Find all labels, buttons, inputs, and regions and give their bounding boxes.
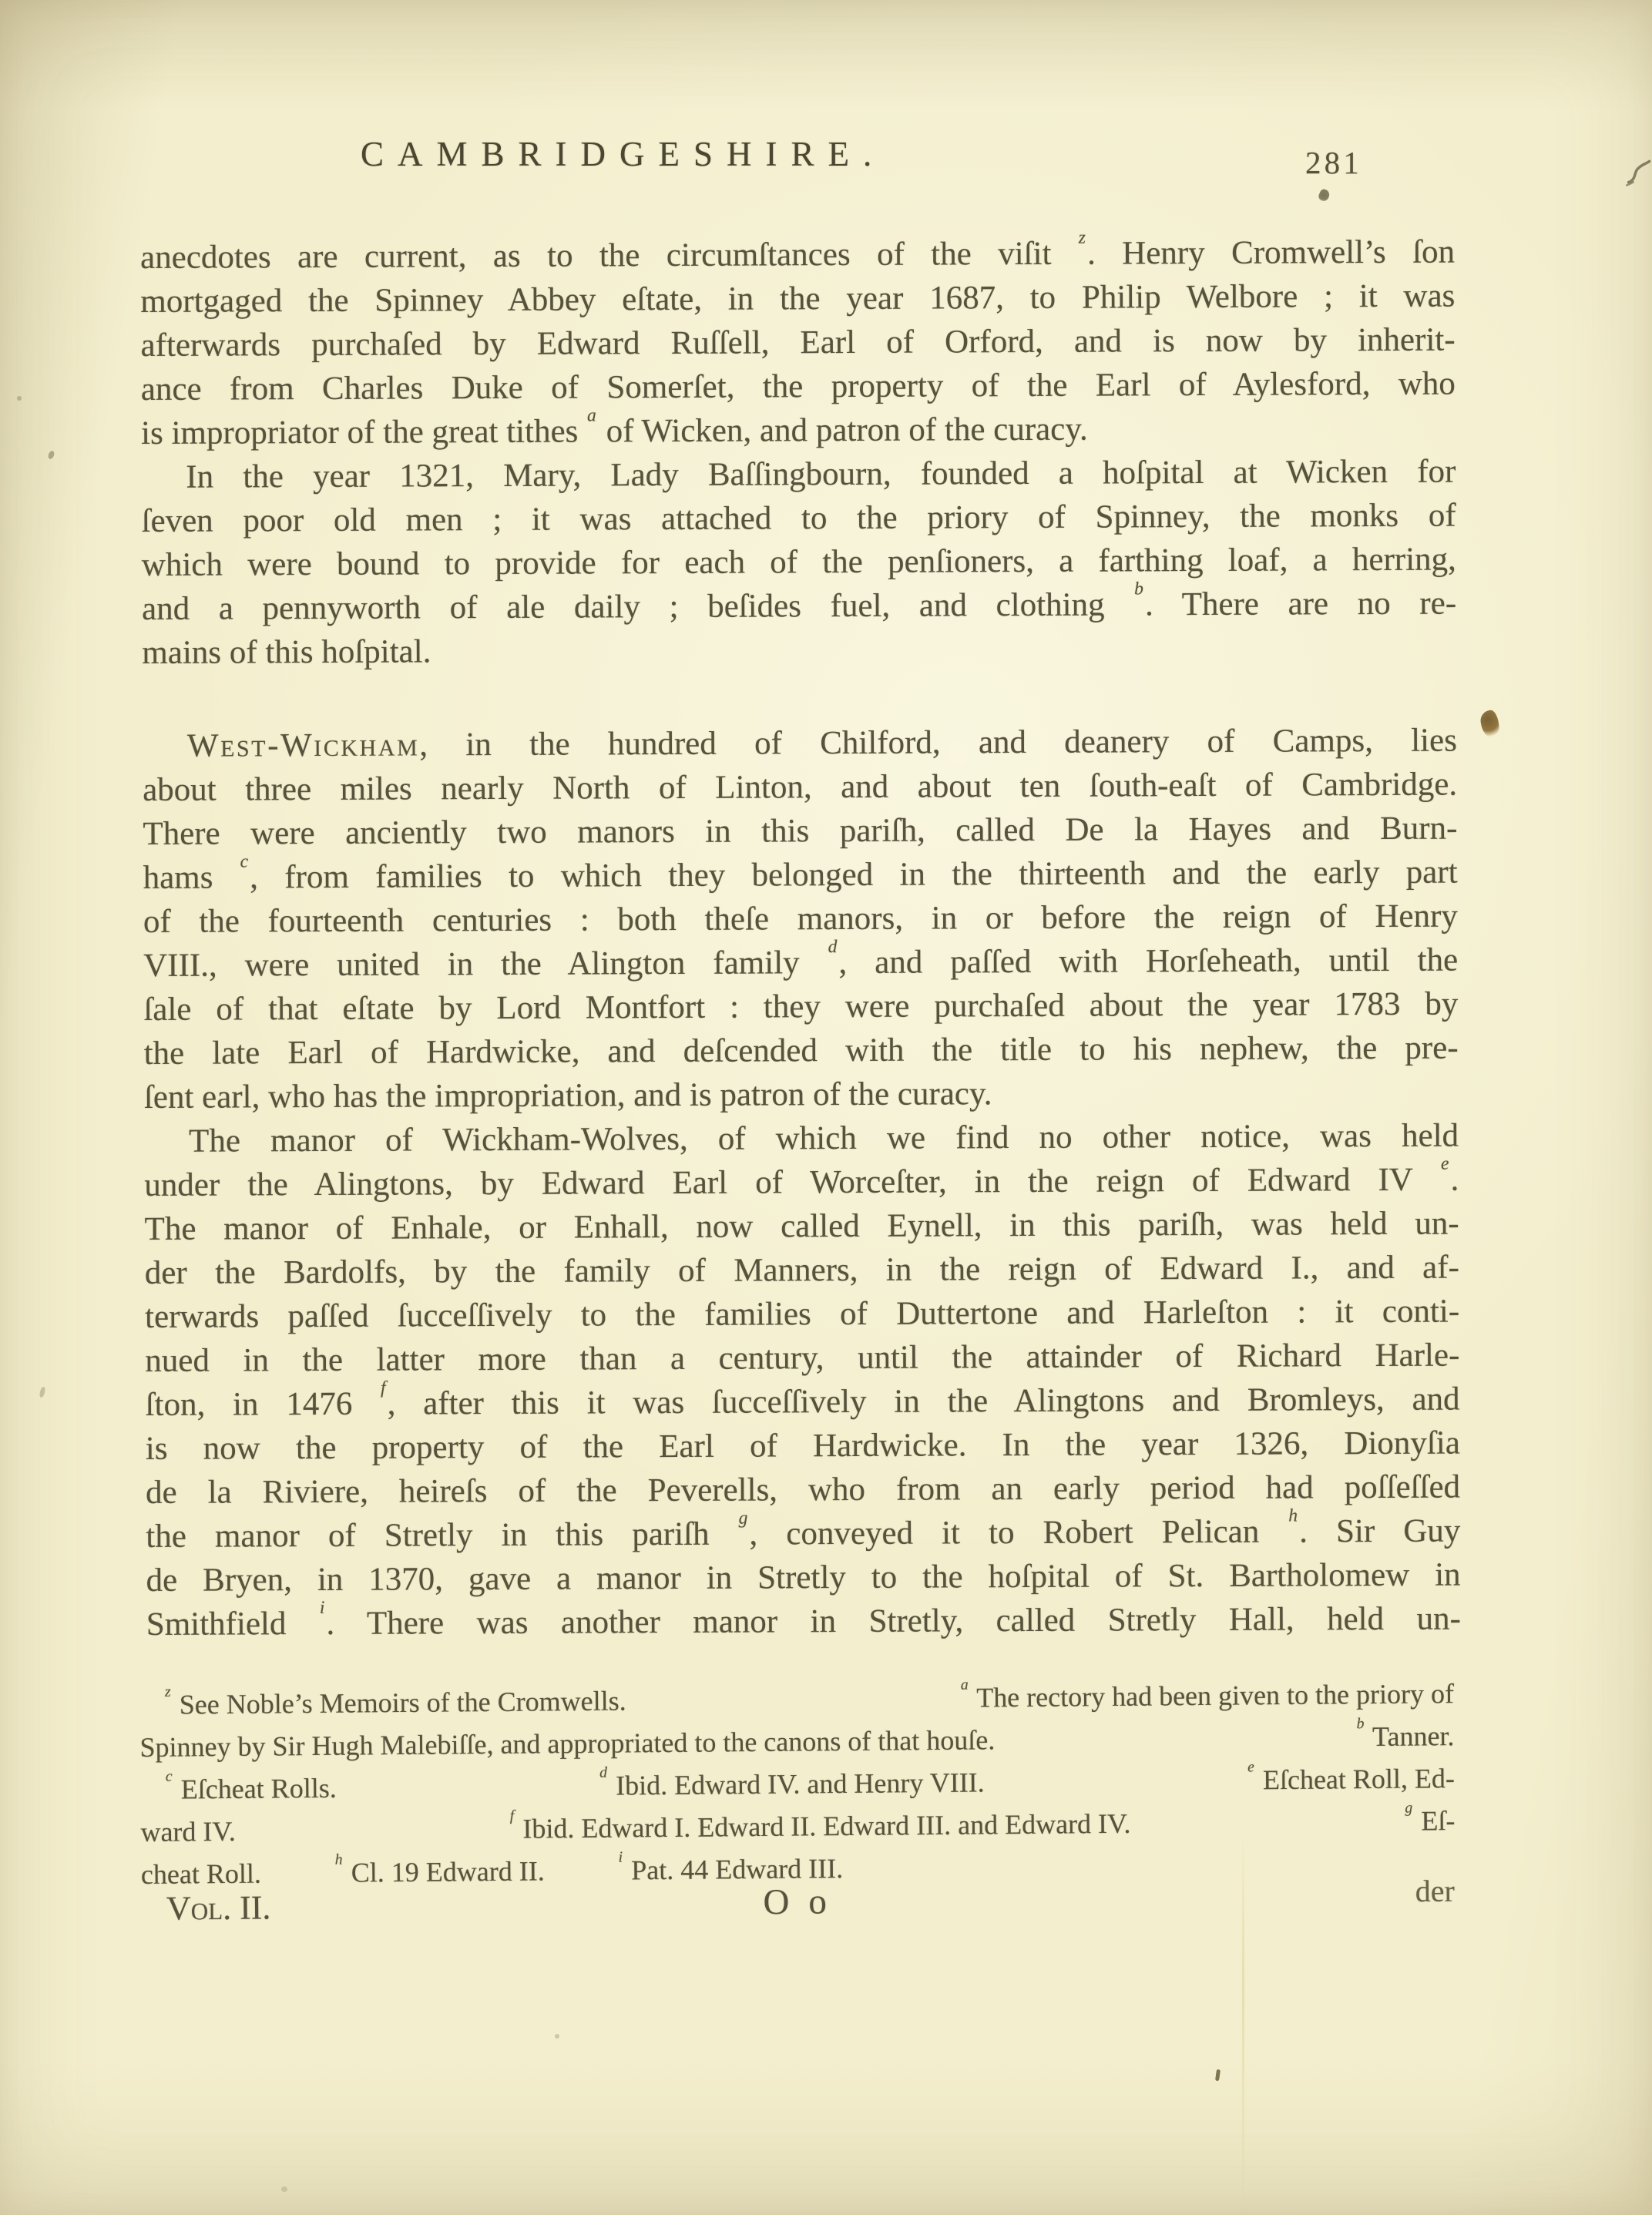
signature-mark: O o	[763, 1881, 831, 1923]
footnote-segment: a The rectory had been given to the prio…	[960, 1673, 1454, 1720]
volume-label: Vol. II.	[140, 1888, 271, 1928]
ink-speck-icon	[47, 450, 55, 460]
footnote-ref: f	[509, 1807, 516, 1824]
footnote-ref: h	[334, 1851, 344, 1868]
text-line: under the Alingtons, by Edward Earl of W…	[144, 1158, 1459, 1207]
section-lead: West-Wickham	[187, 727, 420, 764]
text-line: of the fourteenth centuries : both theſe…	[143, 894, 1458, 944]
footnote-ref: e	[1440, 1153, 1451, 1173]
text-line: and a pennyworth of ale daily ; beſides …	[142, 582, 1456, 631]
footnote-ref: f	[380, 1378, 388, 1398]
ink-speck-icon	[17, 396, 22, 401]
text-line: There were anciently two manors in this …	[143, 807, 1457, 856]
text-line: ſeven poor old men ; it was attached to …	[141, 494, 1456, 543]
footnote-ref: a	[960, 1676, 970, 1693]
footnote-segment: Spinney by Sir Hugh Malebiſſe, and appro…	[139, 1719, 995, 1769]
text-line: is impropriator of the great tithes a of…	[141, 406, 1456, 455]
running-title: CAMBRIDGESHIRE.	[361, 134, 885, 174]
text-line: the manor of Stretly in this pariſh g, c…	[146, 1509, 1460, 1559]
text-line: The manor of Wickham-Wolves, of which we…	[144, 1114, 1459, 1163]
text-line: nued in the latter more than a century, …	[145, 1334, 1459, 1383]
text-line: ſton, in 1476 f, after this it was ſucce…	[145, 1378, 1459, 1427]
text-line: which were bound to provide for each of …	[142, 538, 1456, 587]
text-line: West-Wickham, in the hundred of Chilford…	[143, 719, 1457, 768]
footnote-ref: z	[164, 1683, 173, 1700]
text-line: mains of this hoſpital.	[142, 626, 1456, 675]
ink-speck-icon	[39, 1386, 45, 1398]
text-line: de Bryen, in 1370, gave a manor in Stret…	[146, 1553, 1460, 1603]
text-line: ance from Charles Duke of Somerſet, the …	[141, 362, 1456, 411]
paragraph: In the year 1321, Mary, Lady Baſſingbour…	[141, 450, 1456, 675]
footnote-ref: g	[1404, 1800, 1414, 1817]
paragraph: West-Wickham, in the hundred of Chilford…	[143, 719, 1459, 1119]
pen-squiggle-icon	[1624, 156, 1652, 189]
footnote-ref: i	[617, 1849, 624, 1866]
text-line: The manor of Enhale, or Enhall, now call…	[145, 1202, 1459, 1251]
book-page: CAMBRIDGESHIRE. 281 anecdotes are curren…	[0, 0, 1652, 2215]
footnote-segment: d Ibid. Edward IV. and Henry VIII.	[599, 1761, 985, 1807]
footnote-ref: d	[827, 937, 838, 957]
footnote-segment: e Eſcheat Roll, Ed-	[1247, 1757, 1455, 1801]
ink-speck-icon	[1215, 2069, 1221, 2082]
text-line: anecdotes are current, as to the circumſ…	[140, 230, 1455, 280]
text-line: terwards paſſed ſucceſſively to the fami…	[145, 1290, 1459, 1339]
footnote-segment: b Tanner.	[1356, 1715, 1455, 1758]
footnote-ref: b	[1356, 1715, 1366, 1732]
footnote-segment: ward IV.	[140, 1811, 236, 1854]
footnote-ref: d	[599, 1764, 609, 1781]
text-line: VIII., were united in the Alington famil…	[143, 938, 1458, 988]
body-text: anecdotes are current, as to the circumſ…	[140, 230, 1461, 1646]
footnote-ref: i	[319, 1598, 327, 1618]
footnote-segment: g Eſ-	[1404, 1800, 1455, 1843]
text-line: hams c, from families to which they belo…	[143, 851, 1458, 900]
catchword: der	[1415, 1873, 1456, 1909]
text-line: is now the property of the Earl of Hardw…	[146, 1421, 1460, 1471]
ink-blob-icon	[1479, 710, 1501, 738]
footnotes: z See Noble’s Memoirs of the Cromwells.a…	[139, 1673, 1456, 1896]
footnote-segment: z See Noble’s Memoirs of the Cromwells.	[164, 1680, 626, 1726]
paragraph: anecdotes are current, as to the circumſ…	[140, 230, 1456, 455]
page-number: 281	[1305, 144, 1362, 181]
paragraph: The manor of Wickham-Wolves, of which we…	[144, 1114, 1461, 1646]
text-line: the late Earl of Hardwicke, and deſcende…	[144, 1026, 1459, 1076]
footnote-ref: z	[1078, 227, 1087, 247]
text-line: ſent earl, who has the impropriation, an…	[144, 1070, 1459, 1119]
footnote-ref: b	[1133, 579, 1145, 599]
footnote-ref: a	[586, 405, 598, 425]
footnote-segment: f Ibid. Edward I. Edward II. Edward III.…	[509, 1803, 1131, 1851]
text-line: de la Riviere, heireſs of the Peverells,…	[146, 1465, 1460, 1515]
footnote-ref: g	[737, 1508, 749, 1528]
text-line: der the Bardolfs, by the family of Manne…	[145, 1246, 1459, 1295]
ink-speck-icon	[281, 2186, 287, 2192]
ink-speck-icon	[555, 2034, 559, 2039]
ink-speck-icon	[1318, 188, 1331, 203]
footnote-ref: c	[240, 851, 250, 871]
text-line: Smithfield i. There was another manor in…	[146, 1597, 1461, 1646]
text-line: about three miles nearly North of Linton…	[143, 763, 1457, 812]
footnote-ref: h	[1288, 1505, 1299, 1525]
text-line: ſale of that eſtate by Lord Montfort : t…	[143, 982, 1458, 1032]
footnote-ref: e	[1247, 1758, 1256, 1775]
text-line: In the year 1321, Mary, Lady Baſſingbour…	[141, 450, 1456, 499]
text-line: afterwards purchaſed by Edward Ruſſell, …	[140, 318, 1455, 367]
footnote-ref: c	[165, 1768, 174, 1785]
text-line: mortgaged the Spinney Abbey eſtate, in t…	[140, 274, 1455, 324]
footnote-segment: c Eſcheat Rolls.	[165, 1767, 337, 1811]
